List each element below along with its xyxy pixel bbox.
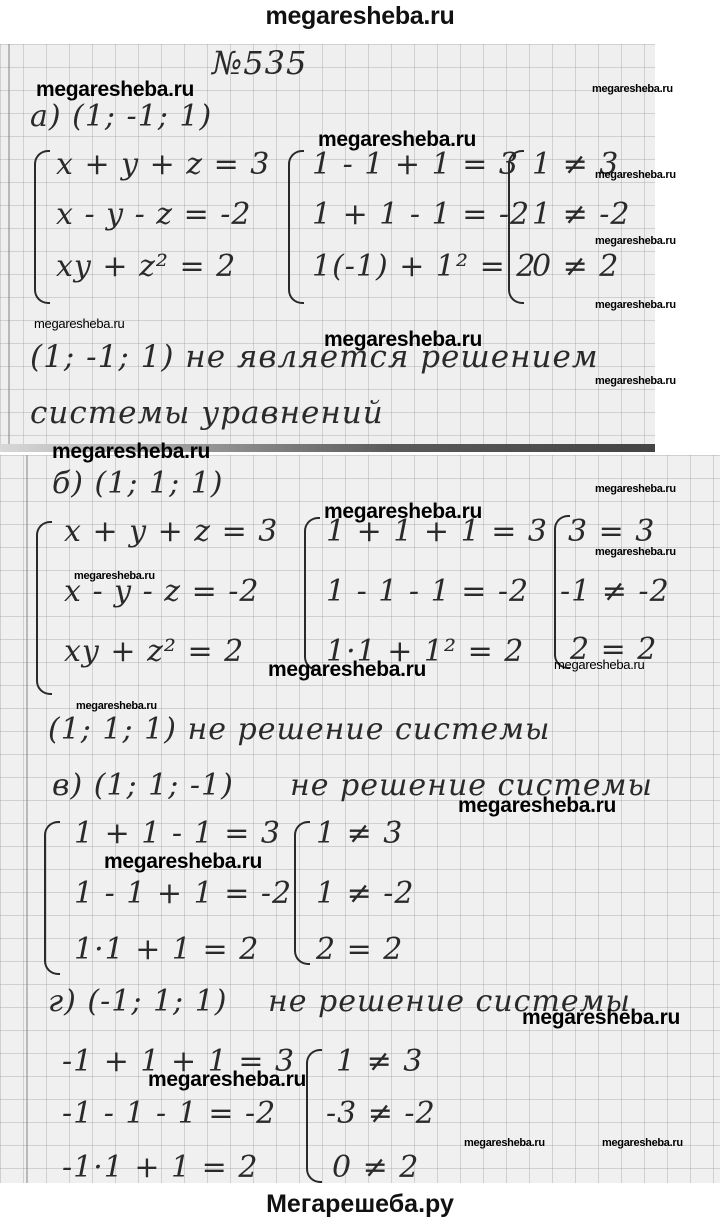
- page-margin-line: [8, 44, 10, 452]
- part-a-sub-1: 1 - 1 + 1 = 3: [312, 148, 519, 182]
- part-v-sub-1: 1 + 1 - 1 = 3: [74, 817, 281, 851]
- part-a-eq-2: x - y - z = -2: [56, 198, 252, 232]
- part-b-sub-2: 1 - 1 - 1 = -2: [326, 575, 529, 609]
- part-v-label: в) (1; 1; -1): [52, 769, 234, 803]
- part-a-conclusion-2: системы уравнений: [30, 396, 384, 430]
- substitution-brace: [44, 821, 60, 975]
- watermark: megaresheba.ru: [464, 1137, 545, 1149]
- part-a-label: а) (1; -1; 1): [30, 100, 212, 134]
- watermark: megaresheba.ru: [324, 500, 482, 524]
- watermark: megaresheba.ru: [76, 700, 157, 712]
- watermark: megaresheba.ru: [318, 128, 476, 152]
- watermark: megaresheba.ru: [104, 850, 262, 874]
- substitution-brace: [304, 517, 320, 671]
- watermark: megaresheba.ru: [595, 546, 676, 558]
- part-a-eq-1: x + y + z = 3: [56, 148, 270, 182]
- watermark: megaresheba.ru: [595, 299, 676, 311]
- part-a-res-2: 1 ≠ -2: [532, 198, 631, 232]
- part-a-eq-3: xy + z² = 2: [56, 250, 236, 284]
- part-v-res-2: 1 ≠ -2: [316, 877, 415, 911]
- watermark: megaresheba.ru: [36, 78, 194, 102]
- site-header-watermark: megaresheba.ru: [0, 0, 720, 44]
- site-footer-watermark: Мегарешеба.ру: [0, 1184, 720, 1224]
- watermark: megaresheba.ru: [554, 657, 644, 672]
- part-g-sub-3: -1·1 + 1 = 2: [62, 1151, 258, 1183]
- part-g-sub-2: -1 - 1 - 1 = -2: [62, 1097, 276, 1131]
- scan-page-parts-b-v-g: б) (1; 1; 1) x + y + z = 3 x - y - z = -…: [0, 455, 720, 1183]
- part-a-conclusion-1: (1; -1; 1) не является решением: [30, 340, 599, 374]
- part-g-res-3: 0 ≠ 2: [332, 1151, 419, 1183]
- watermark: megaresheba.ru: [52, 440, 210, 464]
- watermark: megaresheba.ru: [34, 316, 124, 331]
- result-brace: [294, 821, 310, 965]
- part-v-res-1: 1 ≠ 3: [316, 817, 403, 851]
- page-margin-line: [26, 455, 28, 1183]
- watermark: megaresheba.ru: [74, 570, 155, 582]
- part-b-eq-3: xy + z² = 2: [64, 635, 244, 669]
- watermark: megaresheba.ru: [522, 1006, 680, 1030]
- part-a-res-3: 0 ≠ 2: [532, 250, 619, 284]
- problem-number: №535: [212, 46, 307, 80]
- part-b-res-1: 3 = 3: [568, 515, 655, 549]
- watermark: megaresheba.ru: [592, 83, 673, 95]
- part-b-res-2: -1 ≠ -2: [560, 575, 670, 609]
- watermark: megaresheba.ru: [602, 1137, 683, 1149]
- part-v-sub-3: 1·1 + 1 = 2: [74, 933, 259, 967]
- part-b-eq-1: x + y + z = 3: [64, 515, 278, 549]
- system-brace: [36, 521, 52, 695]
- watermark: megaresheba.ru: [595, 235, 676, 247]
- part-b-label: б) (1; 1; 1): [52, 467, 224, 501]
- system-brace: [34, 150, 50, 304]
- watermark: megaresheba.ru: [595, 375, 676, 387]
- part-v-sub-2: 1 - 1 + 1 = -2: [74, 877, 292, 911]
- part-g-label: г) (-1; 1; 1): [48, 985, 228, 1019]
- watermark: megaresheba.ru: [458, 794, 616, 818]
- part-g-res-2: -3 ≠ -2: [326, 1097, 436, 1131]
- part-g-res-1: 1 ≠ 3: [336, 1045, 423, 1079]
- watermark: megaresheba.ru: [595, 169, 676, 181]
- scan-page-part-a: №535 а) (1; -1; 1) x + y + z = 3 x - y -…: [0, 44, 655, 452]
- part-a-sub-2: 1 + 1 - 1 = -2: [312, 198, 530, 232]
- substitution-brace: [288, 150, 304, 304]
- result-brace: [306, 1049, 322, 1183]
- part-v-res-3: 2 = 2: [316, 933, 403, 967]
- watermark: megaresheba.ru: [595, 483, 676, 495]
- watermark: megaresheba.ru: [324, 328, 482, 352]
- watermark: megaresheba.ru: [268, 658, 426, 682]
- part-b-conclusion: (1; 1; 1) не решение системы: [48, 713, 550, 747]
- part-a-sub-3: 1(-1) + 1² = 2: [312, 250, 536, 284]
- result-brace: [508, 150, 524, 304]
- watermark: megaresheba.ru: [148, 1068, 306, 1092]
